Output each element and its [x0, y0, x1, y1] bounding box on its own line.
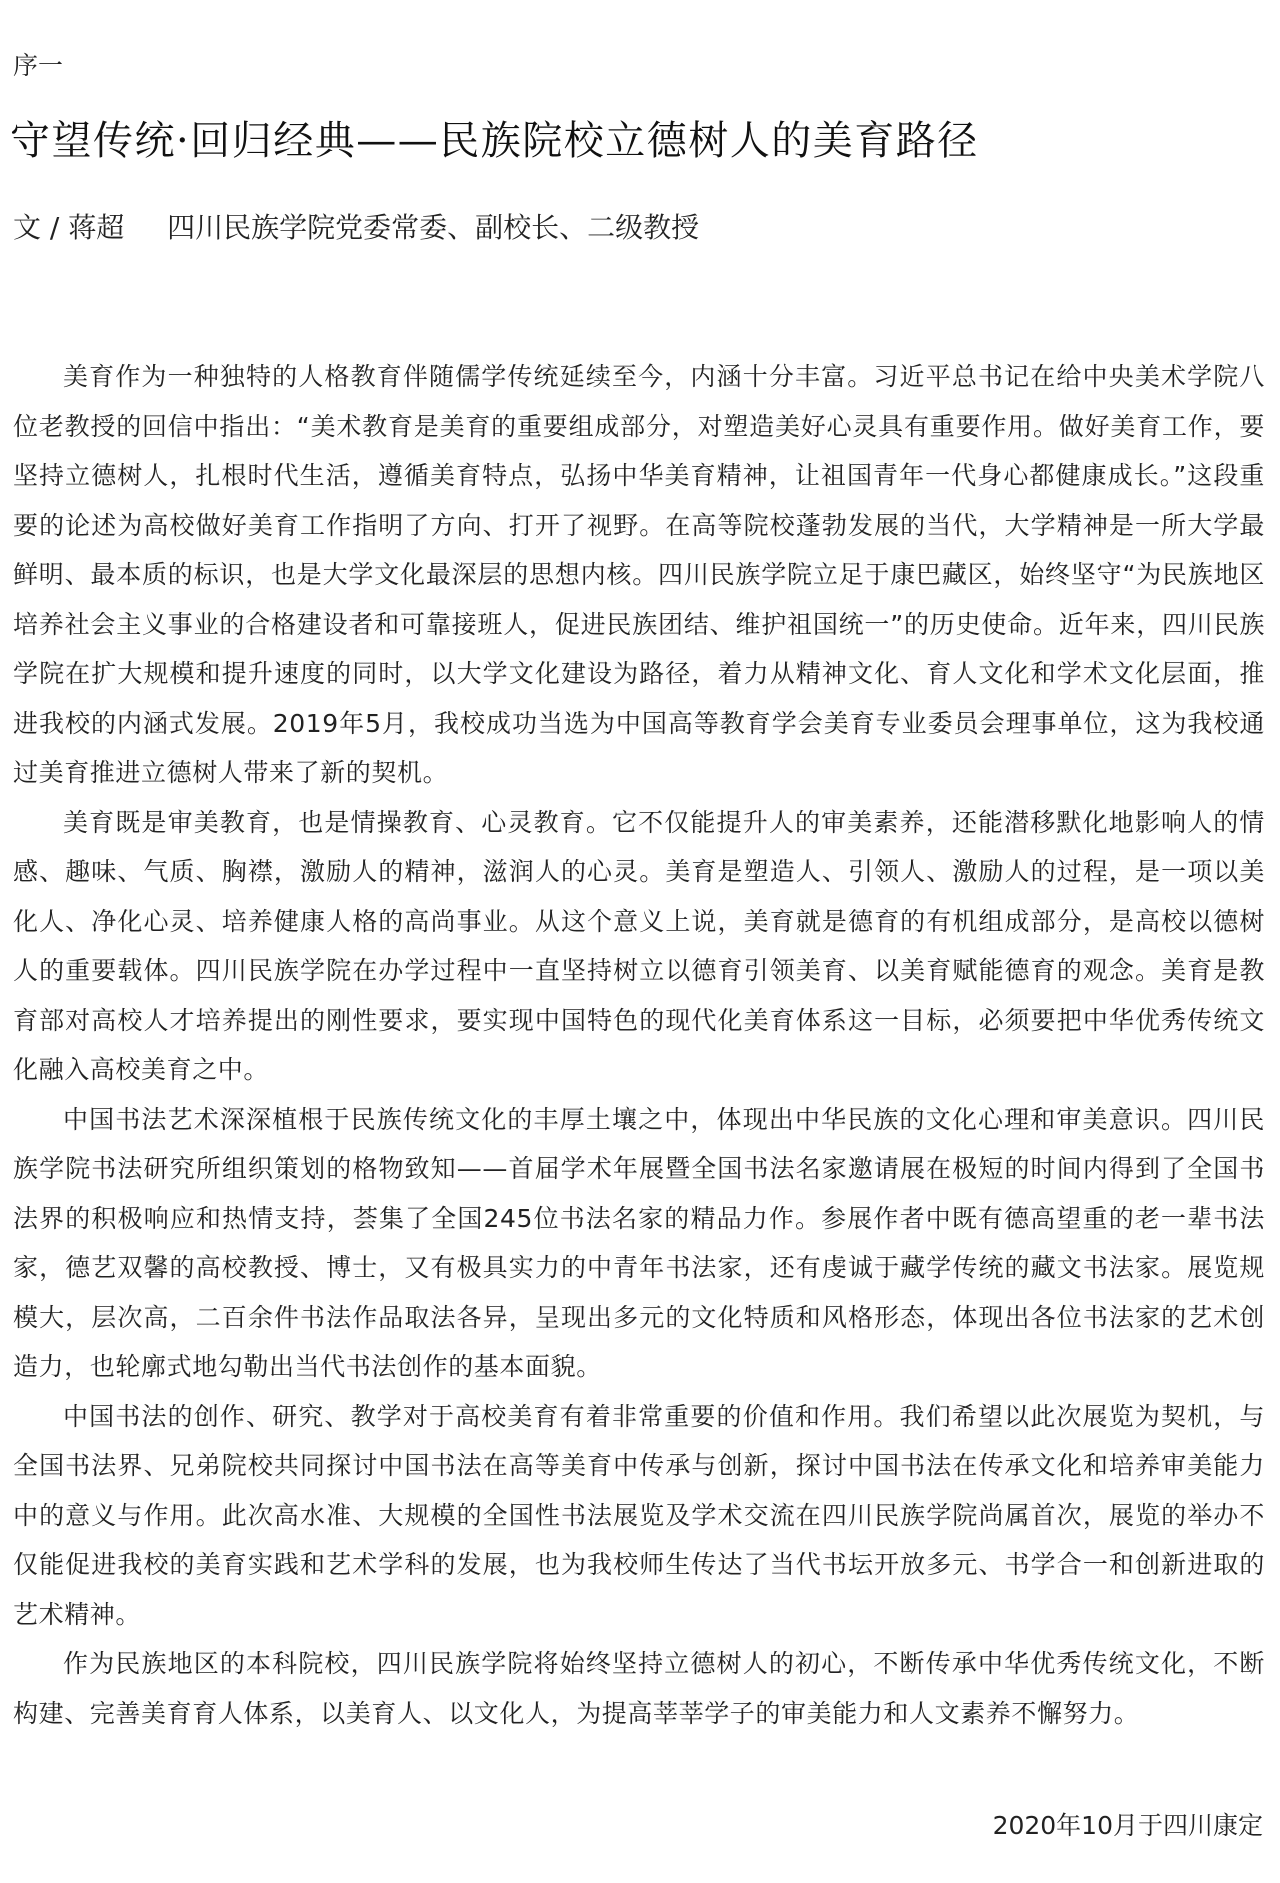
article-body: 美育作为一种独特的人格教育伴随儒学传统延续至今，内涵十分丰富。习近平总书记在给中… [13, 352, 1265, 1738]
byline: 文 / 蒋超 四川民族学院党委常委、副校长、二级教授 [13, 210, 699, 246]
author-affiliation: 四川民族学院党委常委、副校长、二级教授 [167, 211, 699, 244]
date-signoff: 2020年10月于四川康定 [993, 1810, 1263, 1842]
paragraph: 美育作为一种独特的人格教育伴随儒学传统延续至今，内涵十分丰富。习近平总书记在给中… [13, 352, 1265, 798]
page-title: 守望传统·回归经典——民族院校立德树人的美育路径 [10, 116, 979, 166]
paragraph: 中国书法的创作、研究、教学对于高校美育有着非常重要的价值和作用。我们希望以此次展… [13, 1392, 1265, 1640]
paragraph: 美育既是审美教育，也是情操教育、心灵教育。它不仅能提升人的审美素养，还能潜移默化… [13, 798, 1265, 1095]
document-page: 序一 守望传统·回归经典——民族院校立德树人的美育路径 文 / 蒋超 四川民族学… [0, 0, 1280, 1883]
paragraph: 中国书法艺术深深植根于民族传统文化的丰厚土壤之中，体现出中华民族的文化心理和审美… [13, 1095, 1265, 1392]
author-name: 文 / 蒋超 [13, 211, 124, 244]
paragraph: 作为民族地区的本科院校，四川民族学院将始终坚持立德树人的初心，不断传承中华优秀传… [13, 1639, 1265, 1738]
section-label: 序一 [13, 50, 63, 82]
